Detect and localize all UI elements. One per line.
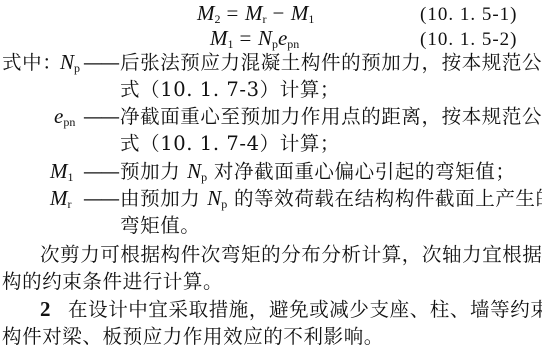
eq2-rhs-term2: epn: [278, 26, 299, 50]
paragraph-2-number: 2: [40, 296, 51, 323]
eq1-minus: −: [266, 1, 290, 25]
definition-np-symbol: Np: [60, 49, 80, 76]
definition-mr-dash: ——: [83, 185, 118, 212]
eq1-rhs-term2: M1: [291, 1, 315, 25]
where-label: 式中：: [2, 49, 62, 76]
eq2-rhs-term1: Np: [258, 26, 278, 50]
paragraph-1-line-2: 构的约束条件进行计算。: [2, 268, 223, 295]
definition-m1-symbol: M1: [50, 158, 74, 185]
eq1-lhs: M2: [197, 1, 221, 25]
definition-epn-symbol: epn: [54, 103, 75, 130]
eq2-equals: =: [234, 26, 258, 50]
definition-np-text-2: 式（10. 1. 7-3）计算；: [120, 76, 340, 103]
definition-m1-text: 预加力 Np 对净截面重心偏心引起的弯矩值；: [120, 158, 515, 185]
paragraph-2-line-2: 构件对梁、板预应力作用效应的不利影响。: [2, 323, 384, 350]
definition-epn-text-2: 式（10. 1. 7-4）计算；: [120, 130, 340, 157]
definition-mr-symbol: Mr: [50, 185, 72, 212]
paragraph-2-line-1: 在设计中宜采取措施，避免或减少支座、柱、墙等约束: [68, 296, 542, 323]
eq2-lhs: M1: [210, 26, 234, 50]
definition-epn-text-1: 净截面重心至预加力作用点的距离，按本规范公: [120, 103, 542, 130]
definition-m1-dash: ——: [83, 158, 118, 185]
equation-1: M2=Mr−M1: [197, 0, 314, 27]
definition-np-text-1: 后张法预应力混凝土构件的预加力，按本规范公: [120, 49, 542, 76]
equation-1-number: (10. 1. 5-1): [420, 1, 517, 28]
paragraph-1-line-1: 次剪力可根据构件次弯矩的分布分析计算，次轴力宜根据结: [40, 241, 542, 268]
definition-mr-text-2: 弯矩值。: [120, 212, 200, 239]
definition-epn-dash: ——: [83, 103, 118, 130]
definition-np-dash: ——: [83, 49, 118, 76]
equation-2: M1=Npepn: [210, 25, 299, 52]
definition-mr-text-1: 由预加力 Np 的等效荷载在结构构件截面上产生的: [120, 185, 542, 212]
eq1-equals: =: [221, 1, 245, 25]
eq1-rhs-term1: Mr: [245, 1, 267, 25]
